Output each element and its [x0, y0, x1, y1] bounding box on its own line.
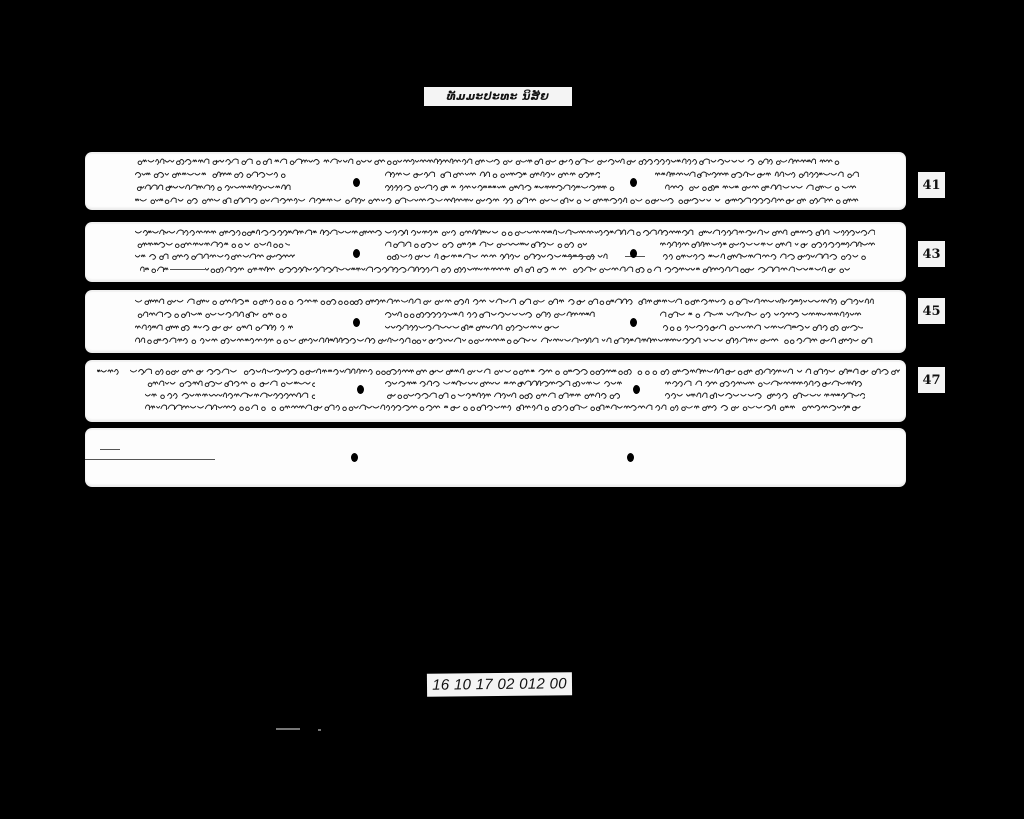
script-line [135, 296, 875, 306]
script-line [135, 322, 295, 332]
script-line [130, 366, 900, 376]
script-line [135, 335, 875, 345]
archive-id-label: 16 10 17 02 012 00 [427, 672, 572, 697]
script-line [135, 251, 295, 261]
script-line [140, 264, 170, 274]
script-line [135, 182, 295, 192]
palm-leaf-page-43 [85, 222, 906, 282]
script-line [135, 156, 845, 166]
script-line [385, 322, 560, 332]
film-edge-mark [276, 728, 300, 730]
script-line [663, 322, 863, 332]
binding-hole-icon [633, 385, 640, 394]
script-line [145, 378, 315, 388]
page-number-label-41: 41 [918, 172, 945, 198]
script-line [135, 169, 290, 179]
script-line [135, 239, 290, 249]
script-line [660, 239, 875, 249]
page-number-label-45: 45 [918, 298, 945, 324]
binding-hole-icon [353, 318, 360, 327]
script-line [385, 309, 600, 319]
script-line [660, 309, 865, 319]
ink-rule [170, 269, 205, 270]
script-line [385, 390, 620, 400]
palm-leaf-page-45 [85, 290, 906, 353]
binding-hole-icon [351, 453, 358, 462]
binding-hole-icon [630, 178, 637, 187]
script-line [663, 251, 868, 261]
palm-leaf-blank [85, 428, 906, 487]
binding-hole-icon [630, 318, 637, 327]
script-line [665, 182, 860, 192]
script-line [135, 227, 875, 237]
palm-leaf-page-41 [85, 152, 906, 210]
ink-rule [565, 256, 595, 257]
ink-rule [85, 459, 215, 460]
binding-hole-icon [357, 385, 364, 394]
script-line [205, 264, 855, 274]
script-line [655, 169, 860, 179]
ink-rule [100, 449, 120, 450]
manuscript-title-label: ທັມມະປະທະ ນິສັຍ [424, 87, 572, 106]
script-line [385, 239, 590, 249]
script-line [385, 169, 600, 179]
page-number-label-43: 43 [918, 241, 945, 267]
script-line [97, 366, 119, 376]
palm-leaf-page-47 [85, 360, 906, 422]
binding-hole-icon [353, 178, 360, 187]
binding-hole-icon [630, 249, 637, 258]
script-line [145, 402, 865, 412]
binding-hole-icon [627, 453, 634, 462]
script-line [135, 195, 860, 205]
script-line [385, 182, 615, 192]
script-line [145, 390, 315, 400]
binding-hole-icon [353, 249, 360, 258]
script-line [385, 378, 625, 388]
script-line [665, 378, 865, 388]
script-line [135, 309, 290, 319]
script-line [665, 390, 865, 400]
page-number-label-47: 47 [918, 367, 945, 393]
film-edge-mark [318, 729, 321, 731]
